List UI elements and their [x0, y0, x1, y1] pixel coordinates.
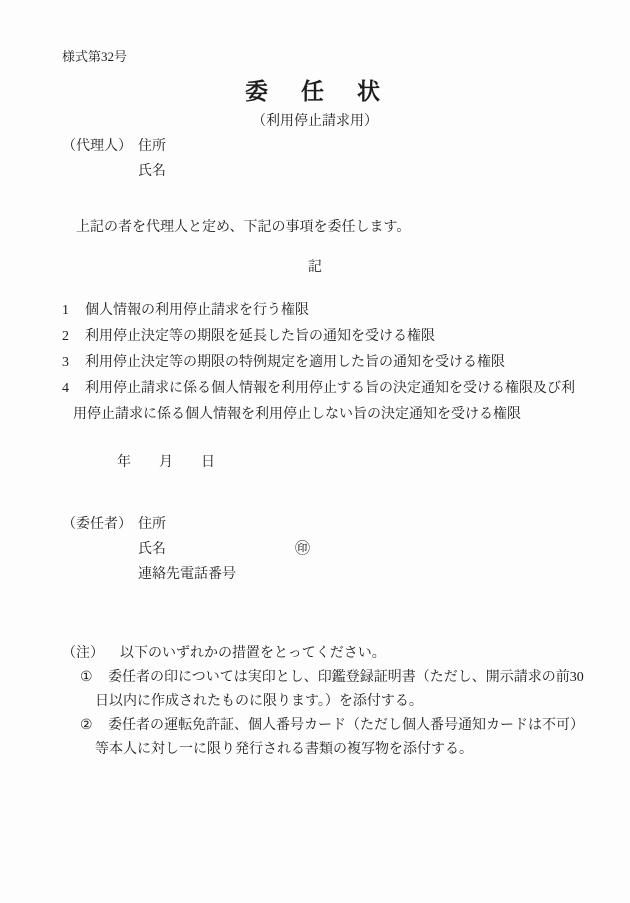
- form-number: 様式第32号: [62, 46, 127, 65]
- note-text-continuation: 日以内に作成されたものに限ります。）を添付する。: [95, 690, 584, 714]
- note-heading-row: （注） 以下のいずれかの措置をとってください。: [62, 642, 584, 666]
- note-number: ①: [80, 666, 108, 690]
- list-item: 3 利用停止決定等の期限の特例規定を適用した旨の通知を受ける権限: [62, 350, 575, 376]
- note-text-continuation: 等本人に対し一に限り発行される書類の複写物を添付する。: [95, 738, 584, 762]
- agent-name-row: 氏名: [62, 159, 166, 184]
- principal-section: （委任者） 住所 氏名 連絡先電話番号 ㊞: [62, 512, 236, 587]
- principal-name-row: 氏名: [62, 537, 236, 562]
- list-item: 4 利用停止請求に係る個人情報を利用停止する旨の決定通知を受ける権限及び利: [62, 376, 575, 402]
- agent-name-label: 氏名: [138, 159, 166, 184]
- item-text: 利用停止決定等の期限の特例規定を適用した旨の通知を受ける権限: [85, 350, 505, 376]
- date-line: 年 月 日: [117, 451, 215, 471]
- note-heading: 以下のいずれかの措置をとってください。: [120, 642, 386, 666]
- note-label: （注）: [62, 642, 120, 666]
- agent-section: （代理人） 住所 氏名: [62, 134, 166, 184]
- principal-address-label: 住所: [138, 512, 166, 537]
- delegated-items-list: 1 個人情報の利用停止請求を行う権限 2 利用停止決定等の期限を延長した旨の通知…: [62, 298, 575, 428]
- item-number: 4: [62, 376, 85, 402]
- seal-mark: ㊞: [295, 537, 310, 562]
- item-text: 利用停止決定等の期限を延長した旨の通知を受ける権限: [85, 324, 435, 350]
- agent-address-row: （代理人） 住所: [62, 134, 166, 159]
- note-item: ① 委任者の印については実印とし、印鑑登録証明書（ただし、開示請求の前30: [80, 666, 584, 690]
- note-text: 委任者の印については実印とし、印鑑登録証明書（ただし、開示請求の前30: [108, 666, 584, 690]
- principal-address-row: （委任者） 住所: [62, 512, 236, 537]
- page-subtitle: （利用停止請求用）: [0, 110, 630, 130]
- document-page: 様式第32号 委 任 状 （利用停止請求用） （代理人） 住所 氏名 上記の者を…: [0, 0, 630, 903]
- notes-section: （注） 以下のいずれかの措置をとってください。 ① 委任者の印については実印とし…: [62, 642, 584, 762]
- agent-address-label: 住所: [138, 134, 166, 159]
- principal-name-label: 氏名: [138, 537, 166, 562]
- principal-label-spacer: [62, 537, 138, 562]
- page-title: 委 任 状: [0, 73, 630, 106]
- list-item: 1 個人情報の利用停止請求を行う権限: [62, 298, 575, 324]
- intro-text: 上記の者を代理人と定め、下記の事項を委任します。: [76, 216, 410, 236]
- principal-label-spacer: [62, 562, 138, 587]
- note-item: ② 委任者の運転免許証、個人番号カード（ただし個人番号通知カードは不可）: [80, 714, 584, 738]
- list-item: 2 利用停止決定等の期限を延長した旨の通知を受ける権限: [62, 324, 575, 350]
- agent-label: （代理人）: [62, 134, 138, 159]
- item-text: 個人情報の利用停止請求を行う権限: [85, 298, 309, 324]
- item-number: 1: [62, 298, 85, 324]
- item-text: 利用停止請求に係る個人情報を利用停止する旨の決定通知を受ける権限及び利: [85, 376, 575, 402]
- principal-label: （委任者）: [62, 512, 138, 537]
- item-number: 3: [62, 350, 85, 376]
- agent-label-spacer: [62, 159, 138, 184]
- phone-label: 連絡先電話番号: [138, 562, 236, 587]
- principal-phone-row: 連絡先電話番号: [62, 562, 236, 587]
- item-text-continuation: 用停止請求に係る個人情報を利用停止しない旨の決定通知を受ける権限: [73, 402, 575, 428]
- ki-marker: 記: [0, 256, 630, 276]
- note-number: ②: [80, 714, 108, 738]
- item-number: 2: [62, 324, 85, 350]
- note-text: 委任者の運転免許証、個人番号カード（ただし個人番号通知カードは不可）: [108, 714, 584, 738]
